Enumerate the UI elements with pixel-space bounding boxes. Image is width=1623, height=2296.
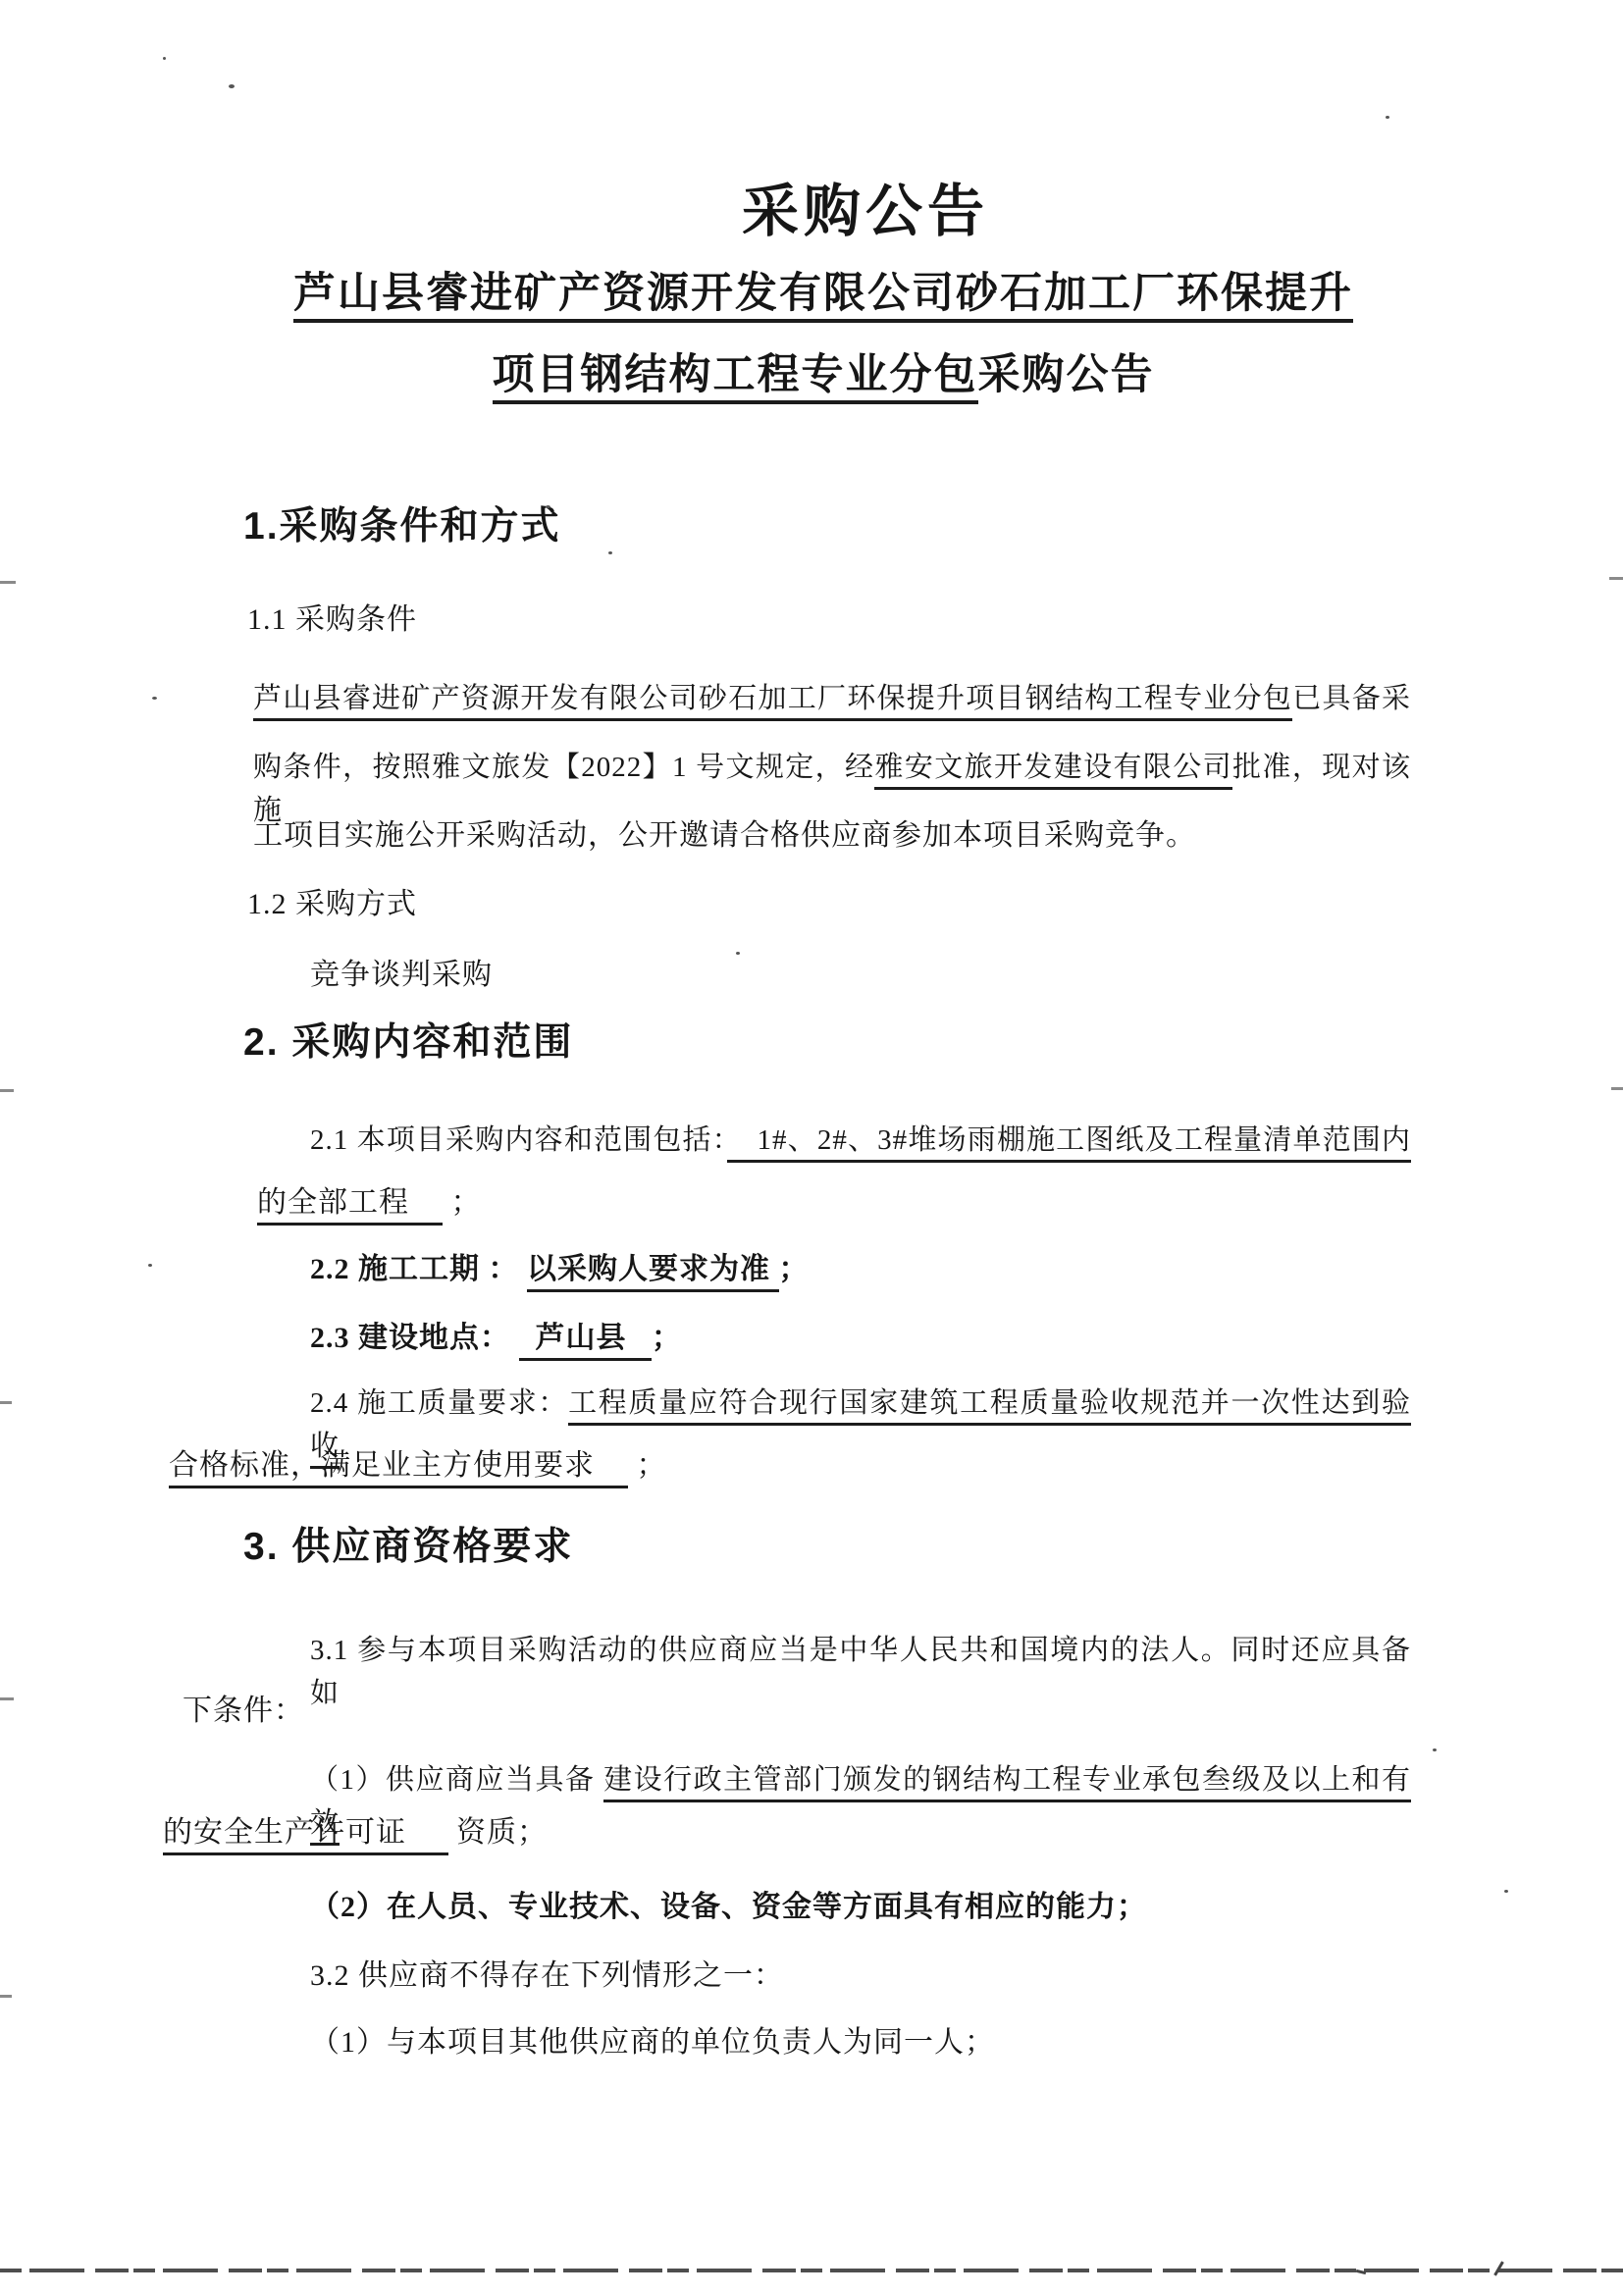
text-segment: 2.4 施工质量要求： — [310, 1387, 568, 1419]
text-segment: 2.2 施工工期 ： — [310, 1253, 527, 1285]
underlined-fill-in-text: 的全部工程 — [257, 1186, 443, 1226]
underlined-fill-in-text: 1#、2#、3#堆场雨棚施工图纸及工程量清单范围内 — [727, 1124, 1411, 1163]
scan-speck — [1504, 1890, 1508, 1893]
text-segment: ； — [652, 1322, 682, 1354]
item-3-2-sub-1: （1）与本项目其他供应商的单位负责人为同一人； — [163, 2021, 1411, 2064]
scan-speck — [1433, 1748, 1437, 1751]
underlined-fill-in-text: 合格标准，满足业主方使用要求 — [169, 1449, 628, 1488]
text-segment: 2. 采购内容和范围 — [243, 1021, 573, 1064]
text-segment: 已具备采 — [1292, 683, 1411, 714]
para-1-line-1: 芦山县睿进矿产资源开发有限公司砂石加工厂环保提升项目钢结构工程专业分包已具备采 — [163, 677, 1411, 720]
scan-speck — [148, 1264, 152, 1267]
item-2-2: 2.2 施工工期 ： 以采购人要求为准 ； — [163, 1248, 1411, 1291]
underlined-fill-in-text: 的安全生产许可证 — [163, 1816, 448, 1855]
heading-3: 3. 供应商资格要求 — [163, 1523, 1411, 1572]
underlined-fill-in-text: 芦山县睿进矿产资源开发有限公司砂石加工厂环保提升项目钢结构工程专业分包 — [253, 683, 1292, 721]
scan-speck — [546, 505, 550, 508]
heading-1-2: 1.2 采购方式 — [163, 883, 1411, 926]
text-segment: 工项目实施公开采购活动，公开邀请合格供应商参加本项目采购竞争。 — [253, 819, 1196, 852]
text-segment: （2）在人员、专业技术、设备、资金等方面具有相应的能力； — [310, 1891, 1147, 1923]
item-3-2: 3.2 供应商不得存在下列情形之一： — [163, 1955, 1411, 1998]
scan-edge-dash — [0, 1995, 12, 1998]
item-3-1-line-2: 下条件： — [163, 1690, 1411, 1733]
para-1-line-3: 工项目实施公开采购活动，公开邀请合格供应商参加本项目采购竞争。 — [163, 814, 1411, 858]
item-3-1-sub-1-line-2: 的安全生产许可证 资质； — [163, 1811, 1411, 1854]
procurement-method: 竞争谈判采购 — [163, 954, 1411, 997]
text-segment: ； — [779, 1253, 810, 1285]
scanned-document-page: 采购公告 芦山县睿进矿产资源开发有限公司砂石加工厂环保提升 项目钢结构工程专业分… — [0, 0, 1623, 2296]
scan-edge-dash — [0, 1089, 14, 1092]
item-2-4-line-2: 合格标准，满足业主方使用要求 ； — [163, 1444, 1411, 1487]
text-segment: 3.2 供应商不得存在下列情形之一： — [310, 1959, 784, 1992]
text-segment: 购条件，按照雅文旅发【2022】1 号文规定，经 — [253, 752, 874, 783]
scan-speck — [608, 551, 612, 554]
heading-1-1: 1.1 采购条件 — [163, 599, 1411, 642]
underlined-fill-in-text: 芦山县 — [519, 1322, 653, 1361]
item-2-1-line-1: 2.1 本项目采购内容和范围包括： 1#、2#、3#堆场雨棚施工图纸及工程量清单… — [163, 1119, 1411, 1162]
item-3-1-sub-2: （2）在人员、专业技术、设备、资金等方面具有相应的能力； — [163, 1886, 1411, 1929]
heading-1: 1.采购条件和方式 — [163, 502, 1411, 551]
document-body: 1.采购条件和方式1.1 采购条件芦山县睿进矿产资源开发有限公司砂石加工厂环保提… — [163, 0, 1411, 2296]
scan-edge-dash — [0, 1401, 12, 1404]
text-segment: 1.2 采购方式 — [247, 888, 417, 920]
scan-speck — [736, 952, 740, 955]
text-segment: （1）与本项目其他供应商的单位负责人为同一人； — [310, 2026, 995, 2059]
text-segment: 下条件： — [183, 1695, 304, 1727]
underlined-fill-in-text: 以采购人要求为准 — [527, 1253, 779, 1292]
text-segment: 3. 供应商资格要求 — [243, 1526, 573, 1568]
item-2-3: 2.3 建设地点： 芦山县 ； — [163, 1317, 1411, 1360]
text-segment: 竞争谈判采购 — [310, 959, 493, 991]
text-segment: 2.1 本项目采购内容和范围包括： — [310, 1124, 727, 1156]
scan-edge-dash — [0, 581, 16, 584]
scan-edge-dash — [0, 1697, 14, 1700]
text-segment: 1.采购条件和方式 — [243, 505, 561, 548]
text-segment: （1）供应商应当具备 — [310, 1764, 603, 1796]
text-segment: 2.3 建设地点： — [310, 1322, 519, 1354]
scan-speck — [229, 84, 235, 88]
text-segment: ； — [628, 1449, 667, 1482]
text-segment: 资质； — [448, 1816, 549, 1849]
scan-edge-dash — [1611, 1087, 1623, 1090]
scan-speck — [163, 57, 166, 60]
scan-artifact-bottom-dashed-line — [0, 2269, 1623, 2272]
scan-speck — [152, 697, 157, 700]
scan-speck — [1386, 116, 1389, 119]
heading-2: 2. 采购内容和范围 — [163, 1018, 1411, 1068]
scan-edge-dash — [1609, 577, 1623, 580]
underlined-fill-in-text: 雅安文旅开发建设有限公司 — [874, 752, 1232, 790]
text-segment: 1.1 采购条件 — [247, 603, 417, 636]
item-2-1-line-2: 的全部工程 ； — [163, 1181, 1411, 1225]
text-segment: ； — [443, 1186, 482, 1219]
